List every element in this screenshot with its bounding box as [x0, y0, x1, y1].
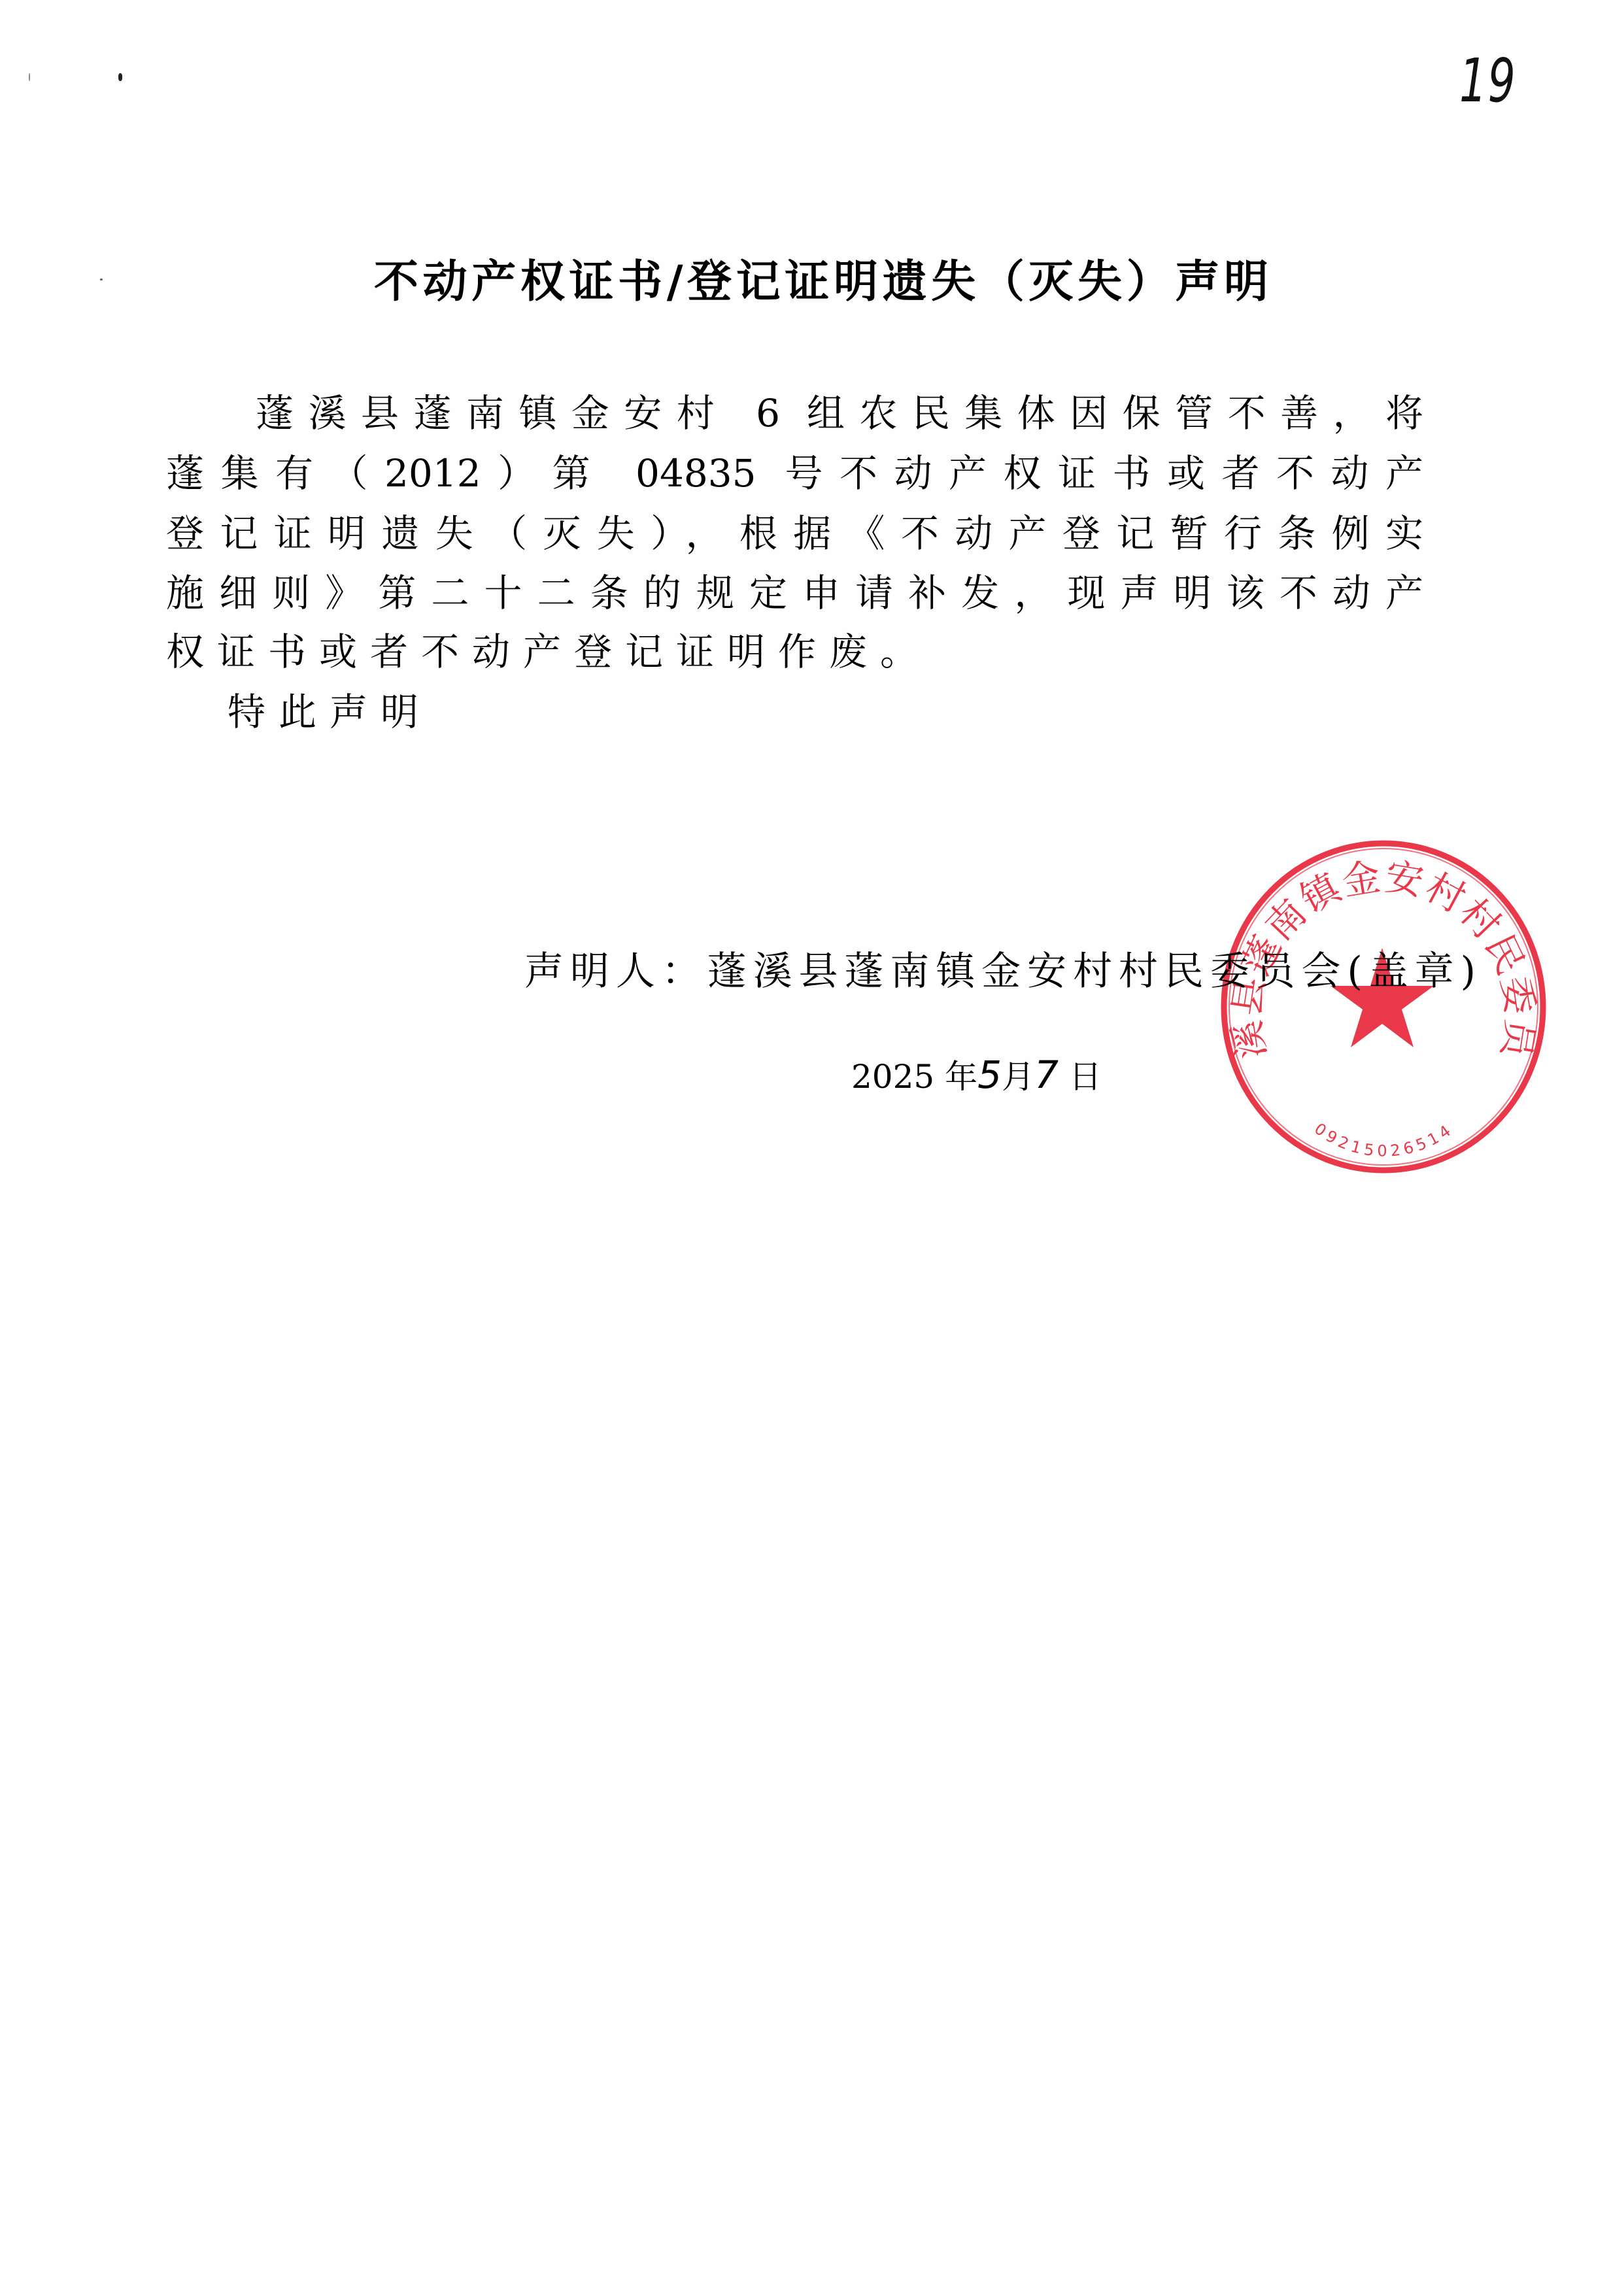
signatory-line: 声明人：蓬溪县蓬南镇金安村村民委员会(盖章) — [524, 948, 1476, 995]
document-title: 不动产权证书/登记证明遗失（灭失）声明 — [374, 256, 1268, 309]
date-month-handwritten: 5 — [977, 1053, 1002, 1097]
closing-statement: 特此声明 — [228, 688, 432, 735]
declaration-date: 2025 年5月7 日 — [851, 1054, 1102, 1098]
document-page: 19 不动产权证书/登记证明遗失（灭失）声明 蓬溪县蓬南镇金安村 6 组农民集体… — [0, 0, 1611, 2296]
body-line-4: 施细则》第二十二条的规定申请补发，现声明该不动产 — [166, 569, 1423, 616]
date-year-unit: 年 — [945, 1058, 977, 1096]
scan-speck — [118, 73, 122, 81]
svg-text:09215026514: 09215026514 — [1311, 1119, 1457, 1160]
body-line-1: 蓬溪县蓬南镇金安村 6 组农民集体因保管不善，将 — [256, 390, 1423, 437]
seal-code: 09215026514 — [1311, 1119, 1457, 1160]
official-seal-icon: 蓬溪县蓬南镇金安村村民委员会 09215026514 — [1217, 838, 1550, 1175]
body-line-5: 权证书或者不动产登记证明作废。 — [166, 628, 931, 675]
date-day-unit: 日 — [1069, 1058, 1102, 1096]
handwritten-page-number: 19 — [1459, 51, 1516, 111]
scan-speck — [100, 279, 103, 280]
scan-speck — [29, 73, 30, 81]
body-line-3: 登记证明遗失（灭失），根据《不动产登记暂行条例实 — [166, 510, 1423, 557]
body-line-2: 蓬集有（2012）第 04835 号不动产权证书或者不动产 — [166, 450, 1423, 497]
date-year: 2025 — [851, 1058, 934, 1096]
date-month-unit: 月 — [1002, 1058, 1034, 1096]
date-day-handwritten: 7 — [1034, 1053, 1059, 1097]
